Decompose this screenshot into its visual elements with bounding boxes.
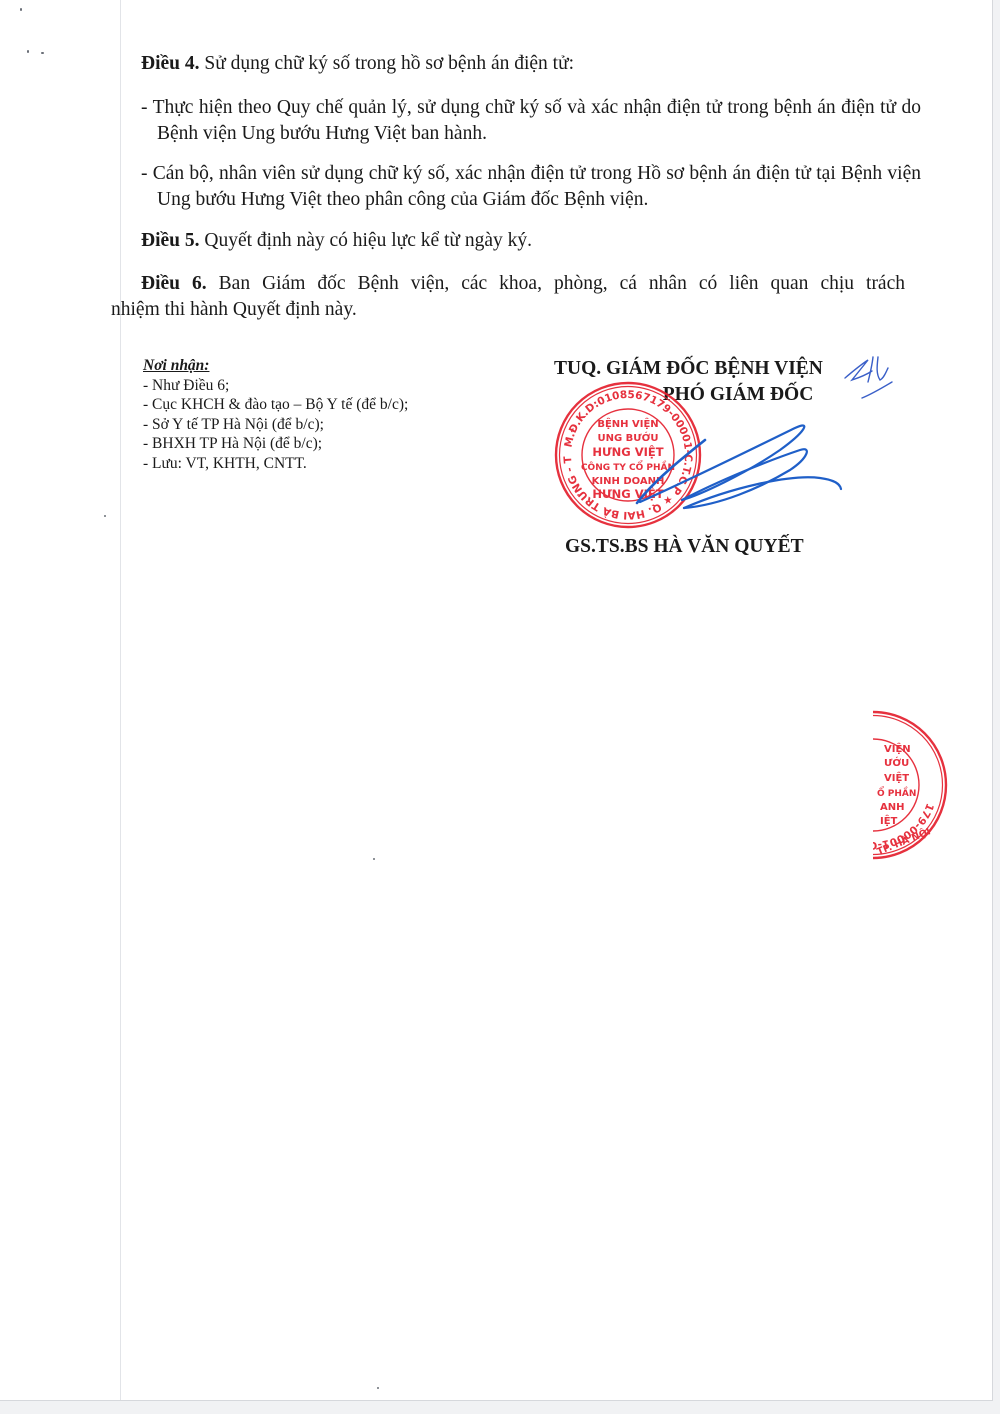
recipient-item: - Như Điều 6; [143, 376, 408, 396]
article-5-text: Quyết định này có hiệu lực kể từ ngày ký… [200, 230, 533, 251]
svg-text:HƯNG VIỆT: HƯNG VIỆT [592, 486, 663, 501]
scan-speck [373, 858, 375, 860]
svg-text:KINH DOANH: KINH DOANH [592, 476, 665, 487]
article-5: Điều 5. Quyết định này có hiệu lực kể từ… [141, 228, 905, 254]
recipient-item: - Lưu: VT, KHTH, CNTT. [143, 454, 408, 474]
authority-line-1: TUQ. GIÁM ĐỐC BỆNH VIỆN [548, 356, 898, 382]
article-4-label: Điều 4. [141, 53, 200, 74]
svg-text:VIỆT: VIỆT [884, 771, 909, 784]
svg-text:ANH: ANH [880, 802, 904, 813]
svg-text:UNG BƯỚU: UNG BƯỚU [597, 431, 658, 444]
svg-text:IỆT: IỆT [880, 814, 898, 827]
article-6-text-line1: Ban Giám đốc Bệnh viện, các khoa, phòng,… [207, 273, 905, 294]
scan-speck [377, 1387, 379, 1389]
article-4-bullet-1: - Thực hiện theo Quy chế quản lý, sử dụn… [141, 95, 921, 147]
partial-seal-right: 179-00001-C.T.C.P ★ VIỆN ƯỚU VIỆT Ổ PHẦN… [800, 712, 946, 858]
scan-speck [41, 52, 44, 54]
article-6-text-line2: nhiệm thi hành Quyết định này. [111, 297, 905, 323]
signature-authority: TUQ. GIÁM ĐỐC BỆNH VIỆN PHÓ GIÁM ĐỐC [548, 356, 898, 408]
signer-name: GS.TS.BS HÀ VĂN QUYẾT [565, 536, 804, 558]
seal-center-text: BỆNH VIỆN UNG BƯỚU HƯNG VIỆT CÔNG TY CỔ … [581, 417, 675, 501]
scan-speck [104, 515, 106, 517]
handwritten-signature [637, 425, 841, 508]
document-page: Điều 4. Sử dụng chữ ký số trong hồ sơ bệ… [0, 0, 993, 1401]
svg-text:BỆNH VIỆN: BỆNH VIỆN [597, 417, 658, 430]
svg-text:TP. HÀ NỘI: TP. HÀ NỘI [875, 825, 932, 857]
scan-speck [27, 50, 29, 53]
svg-text:179-00001-C.T.C.P ★: 179-00001-C.T.C.P ★ [823, 802, 936, 851]
recipient-item: - Sở Y tế TP Hà Nội (để b/c); [143, 415, 408, 435]
recipients-title: Nơi nhận: [143, 356, 408, 376]
article-5-label: Điều 5. [141, 230, 200, 251]
svg-text:VIỆN: VIỆN [884, 742, 911, 755]
article-4-text: Sử dụng chữ ký số trong hồ sơ bệnh án đi… [200, 53, 575, 74]
svg-text:HƯNG VIỆT: HƯNG VIỆT [592, 444, 663, 459]
svg-text:ƯỚU: ƯỚU [884, 756, 909, 769]
recipients-block: Nơi nhận: - Như Điều 6; - Cục KHCH & đào… [143, 356, 408, 473]
article-6: Điều 6. Ban Giám đốc Bệnh viện, các khoa… [141, 271, 905, 323]
article-4-bullet-2: - Cán bộ, nhân viên sử dụng chữ ký số, x… [141, 161, 921, 213]
article-4-heading: Điều 4. Sử dụng chữ ký số trong hồ sơ bệ… [141, 51, 905, 77]
scan-margin-line [120, 0, 121, 1400]
svg-text:Ổ PHẦN: Ổ PHẦN [877, 786, 916, 799]
article-6-label: Điều 6. [141, 273, 207, 294]
scan-speck [20, 8, 22, 11]
svg-text:CÔNG TY CỔ PHẦN: CÔNG TY CỔ PHẦN [581, 460, 675, 473]
recipient-item: - BHXH TP Hà Nội (để b/c); [143, 434, 408, 454]
authority-line-2: PHÓ GIÁM ĐỐC [578, 382, 898, 408]
partial-seal-center-text: VIỆN ƯỚU VIỆT Ổ PHẦN ANH IỆT TP. HÀ NỘI [875, 742, 932, 858]
recipient-item: - Cục KHCH & đào tạo – Bộ Y tế (để b/c); [143, 395, 408, 415]
